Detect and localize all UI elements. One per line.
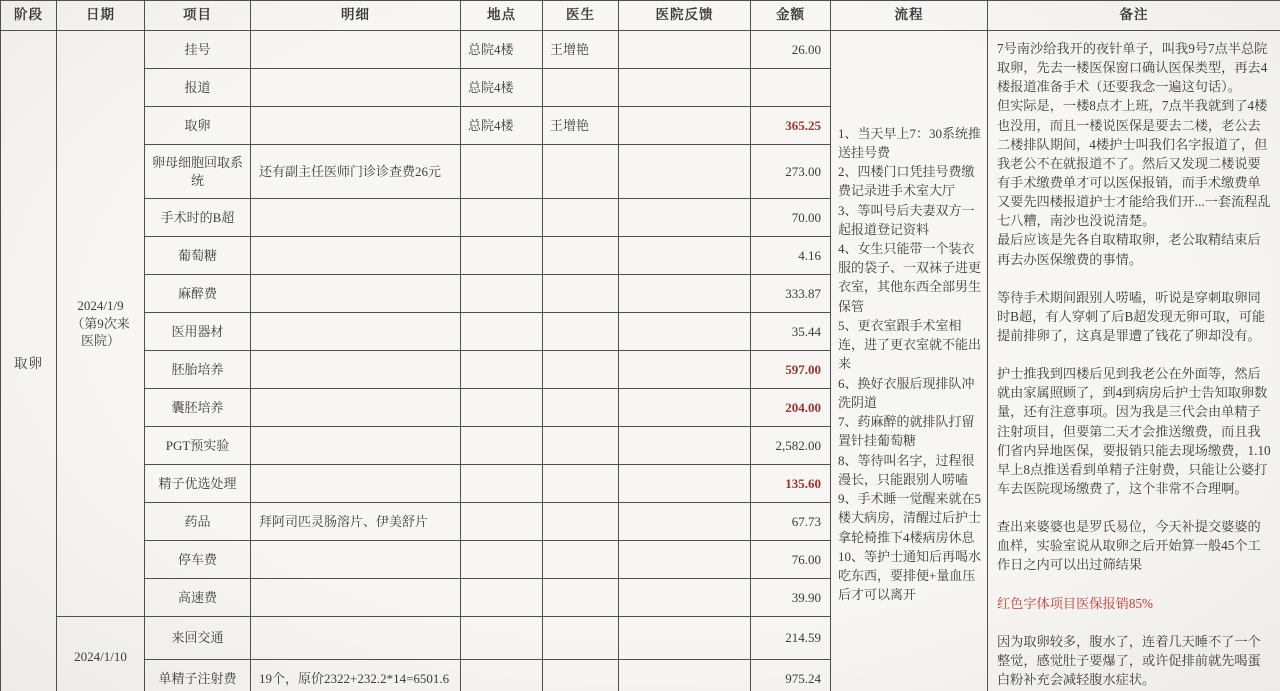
cell-item: 卵母细胞回取系统	[145, 145, 251, 199]
cell-amount: 975.24	[751, 660, 831, 691]
cell-item: 囊胚培养	[145, 389, 251, 427]
cell-feedback	[619, 275, 751, 313]
cell-place	[461, 541, 543, 579]
cell-place	[461, 237, 543, 275]
cell-feedback	[619, 313, 751, 351]
header-feedback: 医院反馈	[619, 1, 751, 31]
header-process: 流程	[831, 1, 988, 31]
cell-item: 胚胎培养	[145, 351, 251, 389]
notes-paragraph: 7号南沙给我开的夜针单子，叫我9号7点半总院取卵，先去一楼医保窗口确认医保类型，…	[997, 39, 1271, 269]
cell-doctor	[543, 660, 619, 691]
header-item: 项目	[145, 1, 251, 31]
cell-item: 停车费	[145, 541, 251, 579]
cell-doctor	[543, 313, 619, 351]
cell-place	[461, 617, 543, 660]
notes-paragraph-red: 红色字体项目医保报销85%	[997, 594, 1271, 613]
cell-detail	[251, 579, 461, 617]
cell-place	[461, 579, 543, 617]
cell-doctor: 王增艳	[543, 31, 619, 69]
header-doctor: 医生	[543, 1, 619, 31]
cell-doctor	[543, 579, 619, 617]
cell-place	[461, 351, 543, 389]
cell-item: 手术时的B超	[145, 199, 251, 237]
table-row: 取卵 2024/1/9（第9次来医院） 挂号 总院4楼 王增艳 26.00 1、…	[1, 31, 1280, 69]
cell-place: 总院4楼	[461, 69, 543, 107]
notes-paragraph: 因为取卵较多，腹水了，连着几天睡不了一个整觉，感觉肚子要爆了，或许促排前就先喝蛋…	[997, 632, 1271, 689]
cell-detail	[251, 107, 461, 145]
cell-place	[461, 389, 543, 427]
cell-detail	[251, 351, 461, 389]
cell-item: 来回交通	[145, 617, 251, 660]
cell-feedback	[619, 541, 751, 579]
cell-feedback	[619, 660, 751, 691]
cell-amount: 76.00	[751, 541, 831, 579]
cell-feedback	[619, 107, 751, 145]
cell-doctor	[543, 199, 619, 237]
header-row: 阶段 日期 项目 明细 地点 医生 医院反馈 金额 流程 备注	[1, 1, 1280, 31]
header-date: 日期	[57, 1, 145, 31]
cell-detail	[251, 237, 461, 275]
cell-feedback	[619, 465, 751, 503]
cell-feedback	[619, 503, 751, 541]
expense-table: 阶段 日期 项目 明细 地点 医生 医院反馈 金额 流程 备注 取卵 2024/…	[0, 0, 1280, 691]
cell-amount: 333.87	[751, 275, 831, 313]
cell-item: 精子优选处理	[145, 465, 251, 503]
cell-item: PGT预实验	[145, 427, 251, 465]
cell-doctor: 王增艳	[543, 107, 619, 145]
cell-item: 高速费	[145, 579, 251, 617]
cell-place: 总院4楼	[461, 31, 543, 69]
cell-feedback	[619, 31, 751, 69]
cell-detail: 19个，原价2322+232.2*14=6501.6	[251, 660, 461, 691]
notes-paragraph: 护士推我到四楼后见到我老公在外面等，然后就由家属照顾了，到4到病房后护士告知取卵…	[997, 364, 1271, 498]
cell-amount: 4.16	[751, 237, 831, 275]
cell-detail	[251, 31, 461, 69]
cell-detail: 还有副主任医师门诊诊查费26元	[251, 145, 461, 199]
date-cell-1: 2024/1/9（第9次来医院）	[57, 31, 145, 617]
cell-feedback	[619, 145, 751, 199]
cell-item: 报道	[145, 69, 251, 107]
cell-feedback	[619, 389, 751, 427]
cell-detail	[251, 541, 461, 579]
cell-feedback	[619, 427, 751, 465]
cell-amount: 35.44	[751, 313, 831, 351]
cell-doctor	[543, 237, 619, 275]
cell-place	[461, 145, 543, 199]
cell-doctor	[543, 465, 619, 503]
cell-item: 单精子注射费	[145, 660, 251, 691]
cell-place	[461, 313, 543, 351]
cell-detail: 拜阿司匹灵肠溶片、伊美舒片	[251, 503, 461, 541]
cell-doctor	[543, 389, 619, 427]
cell-place	[461, 465, 543, 503]
cell-amount: 70.00	[751, 199, 831, 237]
cell-feedback	[619, 199, 751, 237]
cell-doctor	[543, 427, 619, 465]
cell-amount: 26.00	[751, 31, 831, 69]
cell-doctor	[543, 69, 619, 107]
cell-doctor	[543, 541, 619, 579]
cell-detail	[251, 69, 461, 107]
cell-item: 挂号	[145, 31, 251, 69]
notes-paragraph: 查出来婆婆也是罗氏易位，今天补提交婆婆的血样，实验室说从取卵之后开始算一般45个…	[997, 517, 1271, 574]
cell-feedback	[619, 237, 751, 275]
cell-place	[461, 660, 543, 691]
cell-detail	[251, 427, 461, 465]
cell-detail	[251, 465, 461, 503]
cell-detail	[251, 275, 461, 313]
cell-amount: 39.90	[751, 579, 831, 617]
cell-detail	[251, 617, 461, 660]
cell-amount: 204.00	[751, 389, 831, 427]
cell-doctor	[543, 275, 619, 313]
notes-paragraph: 等待手术期间跟别人唠嗑，听说是穿刺取卵同时B超，有人穿刺了后B超发现无卵可取，可…	[997, 288, 1271, 345]
header-detail: 明细	[251, 1, 461, 31]
cell-doctor	[543, 503, 619, 541]
cell-place	[461, 199, 543, 237]
date-cell-2: 2024/1/10	[57, 617, 145, 691]
cell-feedback	[619, 351, 751, 389]
cell-item: 取卵	[145, 107, 251, 145]
notes-cell: 7号南沙给我开的夜针单子，叫我9号7点半总院取卵，先去一楼医保窗口确认医保类型，…	[988, 31, 1280, 691]
cell-place	[461, 275, 543, 313]
cell-detail	[251, 313, 461, 351]
cell-feedback	[619, 617, 751, 660]
cell-amount: 67.73	[751, 503, 831, 541]
cell-amount	[751, 69, 831, 107]
cell-amount: 214.59	[751, 617, 831, 660]
header-amount: 金额	[751, 1, 831, 31]
cell-detail	[251, 389, 461, 427]
cell-amount: 273.00	[751, 145, 831, 199]
cell-item: 医用器材	[145, 313, 251, 351]
process-cell: 1、当天早上7：30系统推送挂号费 2、四楼门口凭挂号费缴费记录进手术室大厅 3…	[831, 31, 988, 691]
cell-amount: 135.60	[751, 465, 831, 503]
process-text: 1、当天早上7：30系统推送挂号费 2、四楼门口凭挂号费缴费记录进手术室大厅 3…	[838, 124, 981, 605]
cell-place: 总院4楼	[461, 107, 543, 145]
stage-cell: 取卵	[1, 31, 57, 691]
header-place: 地点	[461, 1, 543, 31]
header-stage: 阶段	[1, 1, 57, 31]
cell-doctor	[543, 145, 619, 199]
cell-doctor	[543, 617, 619, 660]
cell-place	[461, 503, 543, 541]
cell-item: 麻醉费	[145, 275, 251, 313]
cell-detail	[251, 199, 461, 237]
cell-item: 药品	[145, 503, 251, 541]
cell-doctor	[543, 351, 619, 389]
cell-item: 葡萄糖	[145, 237, 251, 275]
header-notes: 备注	[988, 1, 1280, 31]
cell-amount: 2,582.00	[751, 427, 831, 465]
cell-amount: 365.25	[751, 107, 831, 145]
cell-place	[461, 427, 543, 465]
cell-amount: 597.00	[751, 351, 831, 389]
cell-feedback	[619, 579, 751, 617]
cell-feedback	[619, 69, 751, 107]
